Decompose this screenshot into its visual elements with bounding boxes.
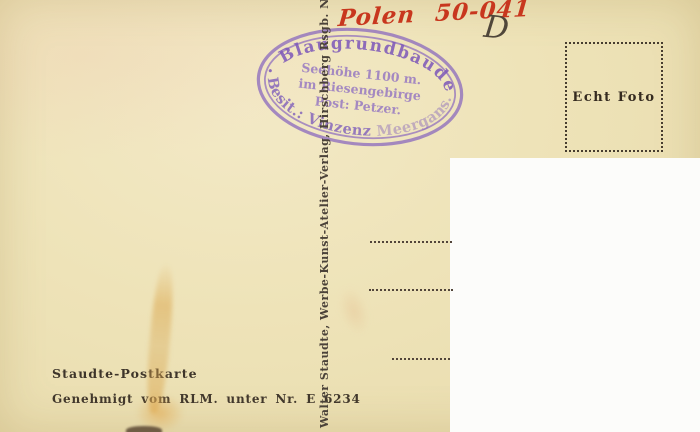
echt-foto-stamp-box: Echt Foto bbox=[565, 42, 663, 152]
approval-note: Genehmigt vom RLM. unter Nr. E 6234 bbox=[52, 392, 361, 406]
vertical-publisher-imprint: Walter Staudte, Werbe-Kunst-Atelier-Verl… bbox=[318, 4, 336, 428]
stain-smudge bbox=[333, 283, 375, 339]
postcard-back: · Blaugrundbaude Seehöhe 1100 m. im Ries… bbox=[0, 0, 700, 432]
scan-edge-mark bbox=[126, 426, 162, 432]
address-line-2 bbox=[369, 289, 453, 291]
handwritten-number: 50-041 bbox=[434, 0, 532, 27]
postcard-series-label: Staudte-Postkarte bbox=[52, 366, 198, 381]
blank-scan-area bbox=[450, 158, 700, 432]
handwritten-letter-d: D bbox=[482, 9, 510, 47]
echt-foto-label: Echt Foto bbox=[572, 90, 655, 105]
handwritten-word: Polen bbox=[337, 1, 416, 32]
address-line-1 bbox=[370, 241, 452, 243]
oval-rubber-stamp: · Blaugrundbaude Seehöhe 1100 m. im Ries… bbox=[248, 15, 472, 158]
address-line-3 bbox=[392, 358, 450, 360]
